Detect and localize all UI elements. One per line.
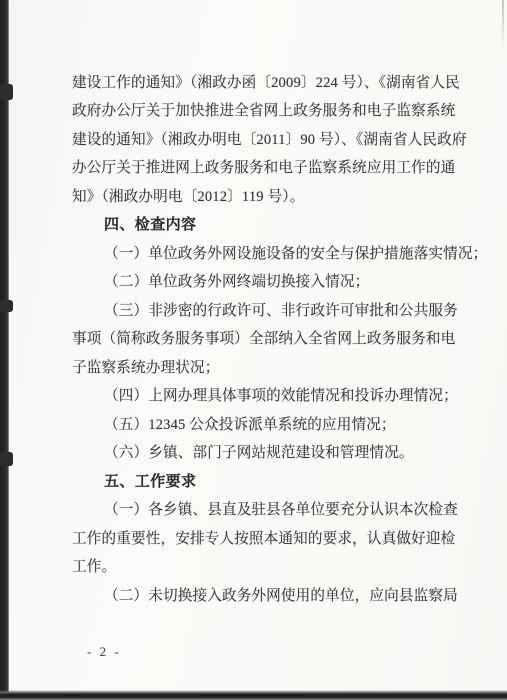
scan-edge-right-artifact (502, 0, 504, 48)
text-line: （三）非涉密的行政许可、非行政许可审批和公共服务 (72, 295, 464, 324)
text-line: 知》（湘政办明电〔2012〕119 号）。 (72, 181, 464, 210)
section-heading: 五、工作要求 (72, 466, 464, 495)
text-line: 工作的重要性，安排专人按照本通知的要求，认真做好迎检 (72, 523, 464, 552)
page-number: - 2 - (87, 644, 121, 660)
scan-edge-artifact (0, 84, 13, 100)
text-line: （一）各乡镇、县直及驻县各单位要充分认识本次检查 (72, 495, 464, 524)
text-line: 工作。 (72, 552, 464, 581)
text-line: 事项（简称政务服务事项）全部纳入全省网上政务服务和电 (72, 324, 464, 353)
text-line: 办公厅关于推进网上政务服务和电子监察系统应用工作的通 (72, 153, 464, 182)
text-line: （六）乡镇、部门子网站规范建设和管理情况。 (72, 438, 464, 467)
text-line: 建设工作的通知》（湘政办函〔2009〕224 号）、《湖南省人民 (72, 67, 464, 96)
scan-edge-bottom (0, 690, 507, 700)
scanned-document-page: 建设工作的通知》（湘政办函〔2009〕224 号）、《湖南省人民政府办公厅关于加… (0, 0, 507, 700)
scan-edge-artifact (0, 300, 13, 312)
scan-edge-left (0, 0, 9, 700)
scan-edge-artifact (0, 452, 13, 466)
text-line: 子监察系统办理状况； (72, 352, 464, 381)
section-heading: 四、检查内容 (72, 210, 464, 239)
text-line: 建设的通知》（湘政办明电〔2011〕90 号）、《湖南省人民政府 (72, 124, 464, 153)
text-line: 政府办公厅关于加快推进全省网上政务服务和电子监察系统 (72, 96, 464, 125)
document-lines: 建设工作的通知》（湘政办函〔2009〕224 号）、《湖南省人民政府办公厅关于加… (72, 67, 464, 609)
text-line: （二）单位政务外网终端切换接入情况； (72, 267, 464, 296)
text-line: （四）上网办理具体事项的效能情况和投诉办理情况； (72, 381, 464, 410)
text-line: （一）单位政务外网设施设备的安全与保护措施落实情况； (72, 238, 464, 267)
text-line: （二）未切换接入政务外网使用的单位，应向县监察局 (72, 580, 464, 609)
text-line: （五）12345 公众投诉派单系统的应用情况； (72, 409, 464, 438)
